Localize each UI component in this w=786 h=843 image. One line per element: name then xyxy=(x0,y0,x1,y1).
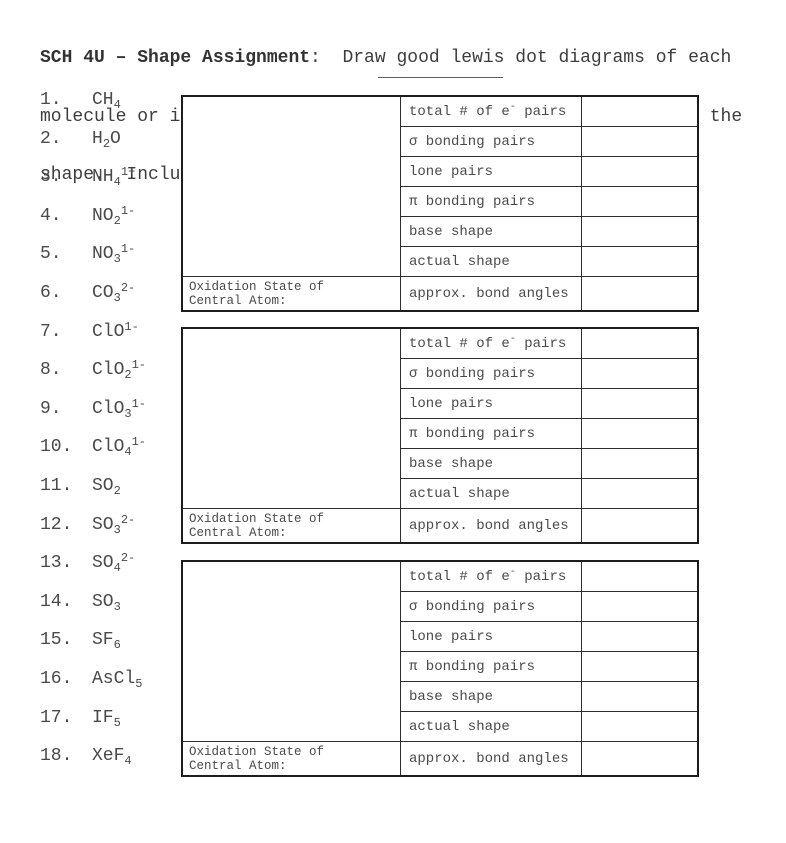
oxidation-label-line-2: Central Atom: xyxy=(189,527,400,541)
formula-superscript: 1- xyxy=(132,435,146,449)
molecule-formula: SO42- xyxy=(92,552,135,575)
molecule-number: 3. xyxy=(40,166,62,188)
formula-subscript: 2 xyxy=(103,137,110,151)
label-text: pairs xyxy=(516,104,566,120)
formula-subscript: 3 xyxy=(114,252,121,266)
answer-cell xyxy=(582,651,697,681)
molecule-number: 7. xyxy=(40,321,62,343)
label-text: π bonding pairs xyxy=(409,194,535,210)
row-label: σ bonding pairs xyxy=(401,591,582,621)
row-label: σ bonding pairs xyxy=(401,126,582,156)
molecule-formula: CO32- xyxy=(92,282,135,305)
label-text: actual shape xyxy=(409,254,510,270)
label-text: approx. bond angles xyxy=(409,286,569,302)
row-label: π bonding pairs xyxy=(401,418,582,448)
molecule-number: 14. xyxy=(40,591,72,613)
label-text: base shape xyxy=(409,689,493,705)
label-text: lone pairs xyxy=(409,396,493,412)
label-text: pairs xyxy=(516,569,566,585)
formula-superscript: 1- xyxy=(132,358,146,372)
label-text: actual shape xyxy=(409,486,510,502)
label-superscript: - xyxy=(510,567,516,578)
row-label: total # of e- pairs xyxy=(401,562,582,591)
formula-superscript: 1- xyxy=(132,397,146,411)
row-label: actual shape xyxy=(401,246,582,276)
oxidation-label-line-2: Central Atom: xyxy=(189,295,400,309)
molecule-formula: NO31- xyxy=(92,243,135,266)
label-text: π bonding pairs xyxy=(409,659,535,675)
formula-subscript: 4 xyxy=(124,445,131,459)
answer-cell xyxy=(582,186,697,216)
molecule-number: 1. xyxy=(40,89,62,111)
formula-text: SF xyxy=(92,630,114,650)
answer-cell xyxy=(582,216,697,246)
answer-cell xyxy=(582,276,697,310)
header-line-1-rest: : Draw good lewis dot diagrams of each xyxy=(310,48,731,68)
molecule-number: 16. xyxy=(40,668,72,690)
formula-text: SO xyxy=(92,592,114,612)
answer-cell xyxy=(582,246,697,276)
row-label: approx. bond angles xyxy=(401,276,582,310)
formula-superscript: 2- xyxy=(121,513,135,527)
label-text: lone pairs xyxy=(409,164,493,180)
row-label: lone pairs xyxy=(401,388,582,418)
row-label: total # of e- pairs xyxy=(401,329,582,358)
label-text: σ bonding pairs xyxy=(409,366,535,382)
label-text: approx. bond angles xyxy=(409,518,569,534)
formula-text: O xyxy=(110,129,121,149)
label-text: total # of e xyxy=(409,104,510,120)
row-label: approx. bond angles xyxy=(401,741,582,775)
row-label: actual shape xyxy=(401,711,582,741)
answer-cell xyxy=(582,478,697,508)
oxidation-state-label: Oxidation State ofCentral Atom: xyxy=(183,741,401,775)
answer-cell xyxy=(582,741,697,775)
label-text: π bonding pairs xyxy=(409,426,535,442)
molecule-formula: SF6 xyxy=(92,629,121,652)
oxidation-label-line-1: Oxidation State of xyxy=(189,513,400,527)
answer-cell xyxy=(582,358,697,388)
blank-underline xyxy=(378,77,503,78)
formula-subscript: 4 xyxy=(114,175,121,189)
molecule-formula: SO2 xyxy=(92,475,121,498)
formula-text: XeF xyxy=(92,746,124,766)
formula-subscript: 2 xyxy=(124,368,131,382)
formula-subscript: 4 xyxy=(114,561,121,575)
formula-text: NO xyxy=(92,244,114,264)
worksheet-page: { "page": { "background": "#ffffff", "te… xyxy=(0,0,786,843)
formula-text: SO xyxy=(92,476,114,496)
molecule-formula: ClO31- xyxy=(92,398,146,421)
row-label: base shape xyxy=(401,216,582,246)
molecule-formula: NH41+ xyxy=(92,166,135,189)
label-text: σ bonding pairs xyxy=(409,134,535,150)
label-text: base shape xyxy=(409,224,493,240)
row-label: π bonding pairs xyxy=(401,651,582,681)
formula-text: ClO xyxy=(92,399,124,419)
label-superscript: - xyxy=(510,102,516,113)
answer-cell xyxy=(582,156,697,186)
molecule-formula: IF5 xyxy=(92,707,121,730)
formula-superscript: 1- xyxy=(124,320,138,334)
label-superscript: - xyxy=(510,334,516,345)
formula-subscript: 6 xyxy=(114,638,121,652)
molecule-formula: NO21- xyxy=(92,205,135,228)
molecule-formula: XeF4 xyxy=(92,745,132,768)
molecule-number: 8. xyxy=(40,359,62,381)
row-label: π bonding pairs xyxy=(401,186,582,216)
formula-text: ClO xyxy=(92,322,124,342)
molecule-number: 18. xyxy=(40,745,72,767)
formula-superscript: 1+ xyxy=(121,165,135,179)
molecule-formula: SO32- xyxy=(92,514,135,537)
formula-text: NH xyxy=(92,167,114,187)
row-label: approx. bond angles xyxy=(401,508,582,542)
formula-subscript: 3 xyxy=(114,600,121,614)
row-label: actual shape xyxy=(401,478,582,508)
formula-subscript: 2 xyxy=(114,484,121,498)
formula-superscript: 2- xyxy=(121,281,135,295)
molecule-formula: ClO21- xyxy=(92,359,146,382)
row-label: total # of e- pairs xyxy=(401,97,582,126)
formula-text: ClO xyxy=(92,360,124,380)
answer-cell xyxy=(582,621,697,651)
molecule-number: 6. xyxy=(40,282,62,304)
molecule-number: 11. xyxy=(40,475,72,497)
molecule-number: 12. xyxy=(40,514,72,536)
formula-text: ClO xyxy=(92,437,124,457)
row-label: lone pairs xyxy=(401,621,582,651)
formula-superscript: 1- xyxy=(121,242,135,256)
molecule-list: 1.CH42.H2O3.NH41+4.NO21-5.NO31-6.CO32-7.… xyxy=(0,0,180,843)
formula-text: NO xyxy=(92,206,114,226)
label-text: base shape xyxy=(409,456,493,472)
formula-text: SO xyxy=(92,553,114,573)
formula-subscript: 3 xyxy=(124,407,131,421)
formula-text: CH xyxy=(92,90,114,110)
formula-text: CO xyxy=(92,283,114,303)
molecule-number: 10. xyxy=(40,436,72,458)
molecule-formula: ClO41- xyxy=(92,436,146,459)
oxidation-label-line-2: Central Atom: xyxy=(189,760,400,774)
answer-cell xyxy=(582,681,697,711)
molecule-number: 9. xyxy=(40,398,62,420)
row-label: σ bonding pairs xyxy=(401,358,582,388)
formula-subscript: 3 xyxy=(114,523,121,537)
oxidation-label-line-1: Oxidation State of xyxy=(189,746,400,760)
label-text: lone pairs xyxy=(409,629,493,645)
label-text: pairs xyxy=(516,336,566,352)
formula-text: SO xyxy=(92,515,114,535)
answer-cell xyxy=(582,448,697,478)
label-text: total # of e xyxy=(409,336,510,352)
shape-table-3: total # of e- pairsσ bonding pairslone p… xyxy=(181,560,699,777)
molecule-formula: CH4 xyxy=(92,89,121,112)
formula-text: AsCl xyxy=(92,669,135,689)
oxidation-state-label: Oxidation State ofCentral Atom: xyxy=(183,276,401,310)
oxidation-state-label: Oxidation State ofCentral Atom: xyxy=(183,508,401,542)
molecule-formula: AsCl5 xyxy=(92,668,142,691)
formula-subscript: 5 xyxy=(135,677,142,691)
answer-cell xyxy=(582,591,697,621)
label-text: total # of e xyxy=(409,569,510,585)
formula-text: H xyxy=(92,129,103,149)
formula-subscript: 5 xyxy=(114,716,121,730)
answer-cell xyxy=(582,388,697,418)
formula-subscript: 2 xyxy=(114,214,121,228)
label-text: σ bonding pairs xyxy=(409,599,535,615)
row-label: lone pairs xyxy=(401,156,582,186)
shape-table-1: total # of e- pairsσ bonding pairslone p… xyxy=(181,95,699,312)
molecule-formula: H2O xyxy=(92,128,121,151)
formula-superscript: 1- xyxy=(121,204,135,218)
row-label: base shape xyxy=(401,448,582,478)
answer-cell xyxy=(582,97,697,126)
molecule-number: 17. xyxy=(40,707,72,729)
row-label: base shape xyxy=(401,681,582,711)
formula-subscript: 3 xyxy=(114,291,121,305)
molecule-number: 5. xyxy=(40,243,62,265)
answer-cell xyxy=(582,329,697,358)
molecule-formula: SO3 xyxy=(92,591,121,614)
lewis-drawing-area xyxy=(183,329,401,508)
molecule-number: 4. xyxy=(40,205,62,227)
molecule-number: 13. xyxy=(40,552,72,574)
answer-cell xyxy=(582,711,697,741)
oxidation-label-line-1: Oxidation State of xyxy=(189,281,400,295)
lewis-drawing-area xyxy=(183,562,401,741)
formula-text: IF xyxy=(92,708,114,728)
lewis-drawing-area xyxy=(183,97,401,276)
molecule-number: 2. xyxy=(40,128,62,150)
formula-subscript: 4 xyxy=(124,754,131,768)
label-text: actual shape xyxy=(409,719,510,735)
label-text: approx. bond angles xyxy=(409,751,569,767)
molecule-formula: ClO1- xyxy=(92,321,139,344)
formula-superscript: 2- xyxy=(121,551,135,565)
shape-table-2: total # of e- pairsσ bonding pairslone p… xyxy=(181,327,699,544)
answer-cell xyxy=(582,418,697,448)
answer-cell xyxy=(582,562,697,591)
answer-cell xyxy=(582,126,697,156)
formula-subscript: 4 xyxy=(114,98,121,112)
answer-cell xyxy=(582,508,697,542)
molecule-number: 15. xyxy=(40,629,72,651)
